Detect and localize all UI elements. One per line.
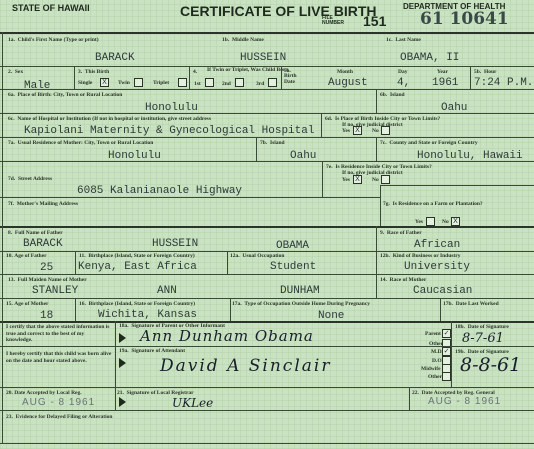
label-4-num: 4. (193, 69, 197, 75)
father-first-name: BARACK (23, 238, 63, 250)
mother-birthplace: Wichita, Kansas (98, 309, 197, 321)
yes-label: Yes (342, 128, 350, 134)
divider (0, 32, 534, 34)
birth-hour: 7:24 P.M. (474, 77, 533, 89)
label-17a: 17a. Type of Occupation Outside Home Dur… (232, 301, 370, 307)
child-middle-name: HUSSEIN (240, 52, 286, 64)
year-label: Year (437, 69, 448, 75)
label-1b: 1b. Middle Name (222, 37, 264, 43)
divider (0, 113, 534, 114)
father-birthplace: Kenya, East Africa (78, 261, 197, 273)
3rd-label: 3rd (256, 81, 264, 87)
label-7b: 7b. Island (260, 140, 285, 146)
birth-year: 1961 (432, 77, 458, 89)
divider (321, 113, 322, 137)
child-last-name: OBAMA, II (400, 52, 459, 64)
month-label: Month (337, 69, 353, 75)
twin-checkbox[interactable] (134, 78, 143, 87)
day-label: Day (398, 69, 407, 75)
reg-general-stamp: AUG - 8 1961 (428, 396, 501, 407)
label-12a: 12a. Usual Occupation (230, 253, 284, 259)
divider (0, 321, 534, 323)
single-checkbox[interactable]: X (100, 78, 109, 87)
border-left (2, 32, 3, 444)
divider (451, 321, 452, 387)
divider (0, 346, 534, 347)
divider (115, 387, 116, 410)
street-address: 6085 Kalanianaole Highway (77, 185, 242, 197)
label-11: 11. Birthplace (Island, State or Foreign… (79, 253, 195, 259)
2nd-label: 2nd (222, 81, 231, 87)
triplet-label: Triplet (153, 80, 169, 86)
certification-18: I certify that the above stated informat… (6, 324, 112, 344)
registrar-signature: UKLee (172, 396, 213, 410)
divider (322, 161, 323, 197)
label-7a: 7a. Usual Residence of Mother: City, Tow… (8, 140, 153, 146)
hospital-name: Kapiolani Maternity & Gynecological Hosp… (24, 125, 314, 137)
parent-signature-date: 8-7-61 (462, 331, 504, 346)
arrow-icon (119, 358, 126, 368)
divider (115, 321, 116, 387)
mother-last-name: DUNHAM (280, 285, 320, 297)
certificate-number: 61 10641 (420, 9, 509, 29)
divider (376, 226, 377, 251)
mother-middle-name: ANN (157, 285, 177, 297)
divider (0, 298, 534, 299)
residence-in-city-yes-checkbox[interactable]: X (353, 175, 362, 184)
label-23: 23. Evidence for Delayed Filing or Alter… (6, 414, 112, 420)
divider (281, 66, 282, 89)
father-industry: University (404, 261, 470, 273)
father-race: African (414, 239, 460, 251)
label-1a: 1a. Child's First Name (Type or print) (8, 37, 99, 43)
label-19a: 19a. Signature of Attendant (119, 348, 185, 354)
arrow-icon (119, 397, 126, 407)
divider (380, 185, 381, 227)
farm-no-checkbox[interactable]: X (451, 217, 460, 226)
mother-race: Caucasian (413, 285, 472, 297)
label-7c: 7c. County and State or Foreign Country (380, 140, 478, 146)
divider (380, 185, 534, 186)
divider (74, 66, 75, 89)
divider (376, 137, 377, 161)
yes-label: Yes (342, 177, 350, 183)
label-7g: 7g. Is Residence on a Farm or Plantation… (383, 201, 483, 207)
divider (0, 387, 534, 388)
label-16: 16. Birthplace (Island, State or Foreign… (79, 301, 195, 307)
label-15: 15. Age of Mother (6, 301, 48, 307)
single-label: Single (78, 80, 92, 86)
label-1c: 1c. Last Name (386, 37, 421, 43)
divider (256, 137, 257, 161)
divider (0, 137, 534, 138)
divider (75, 251, 76, 274)
divider (0, 197, 380, 198)
label-13: 13. Full Maiden Name of Mother (8, 277, 87, 283)
divider (0, 89, 534, 90)
divider (440, 298, 441, 321)
triplet-checkbox[interactable] (178, 78, 187, 87)
attendant-signature: David A Sinclair (160, 356, 331, 376)
label-6b: 6b. Island (380, 92, 405, 98)
divider (376, 274, 377, 298)
label-6a: 6a. Place of Birth: City, Town or Rural … (8, 92, 122, 98)
label-20: 20. Date Accepted by Local Reg. (6, 390, 82, 396)
label-5b: 5b. Hour (474, 69, 496, 75)
father-occupation: Student (270, 261, 316, 273)
divider (0, 410, 534, 411)
md-checkbox[interactable]: ✓ (442, 347, 451, 356)
father-age: 25 (40, 262, 53, 274)
midwife-label: Midwife (421, 366, 441, 372)
divider (376, 89, 377, 113)
divider (230, 298, 231, 321)
label-12b: 12b. Kind of Business or Industry (380, 253, 460, 259)
label-17b: 17b. Date Last Worked (443, 301, 499, 307)
residence-in-city-no-checkbox[interactable] (381, 175, 390, 184)
birth-in-city-no-checkbox[interactable] (381, 126, 390, 135)
divider (0, 226, 534, 228)
birth-day: 4, (397, 77, 410, 89)
label-14: 14. Race of Mother (380, 277, 426, 283)
label-7d: 7d. Street Address (8, 176, 52, 182)
other-attendant-label: Other (428, 374, 442, 380)
label-2: 2. Sex (8, 69, 23, 75)
mother-first-name: STANLEY (32, 285, 78, 297)
birth-month: August (328, 77, 368, 89)
divider (0, 443, 534, 444)
father-middle-name: HUSSEIN (152, 238, 198, 250)
1st-label: 1st (194, 81, 201, 87)
farm-yes-checkbox[interactable] (426, 217, 435, 226)
sex-value: Male (24, 80, 50, 92)
file-number: 151 (363, 13, 386, 29)
label-7e-sub: If no, give judicial district (342, 170, 403, 176)
attendant-signature-date: 8-8-61 (460, 354, 521, 376)
certificate-title: CERTIFICATE OF LIVE BIRTH (180, 3, 377, 19)
yes-label: Yes (415, 219, 423, 225)
divider (0, 274, 534, 275)
other-attendant-checkbox[interactable] (442, 372, 451, 381)
label-18b: 18b. Date of Signature (455, 324, 509, 330)
divider (409, 387, 410, 410)
divider (0, 251, 534, 252)
arrow-icon (119, 333, 126, 343)
3rd-checkbox[interactable] (268, 78, 277, 87)
local-reg-stamp: AUG - 8 1961 (22, 397, 95, 408)
label-3: 3. This Birth (78, 69, 109, 75)
divider (75, 298, 76, 321)
certification-19: I hereby certify that this child was bor… (6, 351, 112, 364)
birth-in-city-yes-checkbox[interactable]: X (353, 126, 362, 135)
twin-label: Twin (118, 80, 130, 86)
label-8: 8. Full Name of Father (8, 230, 63, 236)
label-7f: 7f. Mother's Mailing Address (8, 201, 78, 207)
label-9: 9. Race of Father (380, 230, 422, 236)
2nd-checkbox[interactable] (235, 78, 244, 87)
label-5a: Birth Date (284, 74, 300, 85)
label-6c: 6c. Name of Hospital or Institution (If … (8, 116, 211, 122)
child-first-name: BARACK (95, 52, 135, 64)
birth-certificate: STATE OF HAWAII CERTIFICATE OF LIVE BIRT… (0, 0, 534, 449)
divider (470, 66, 471, 89)
state-label: STATE OF HAWAII (12, 3, 90, 13)
parent-label: Parent (425, 331, 441, 337)
no-label: No (442, 219, 449, 225)
parent-signature: Ann Dunham Obama (140, 327, 314, 345)
parent-checkbox[interactable]: ✓ (442, 329, 451, 338)
divider (0, 161, 534, 162)
file-label-2: NUMBER (322, 21, 344, 26)
label-10: 10. Age of Father (6, 253, 47, 259)
divider (189, 66, 190, 89)
1st-checkbox[interactable] (205, 78, 214, 87)
no-label: No (372, 177, 379, 183)
no-label: No (372, 128, 379, 134)
divider (227, 251, 228, 274)
divider (376, 251, 377, 274)
